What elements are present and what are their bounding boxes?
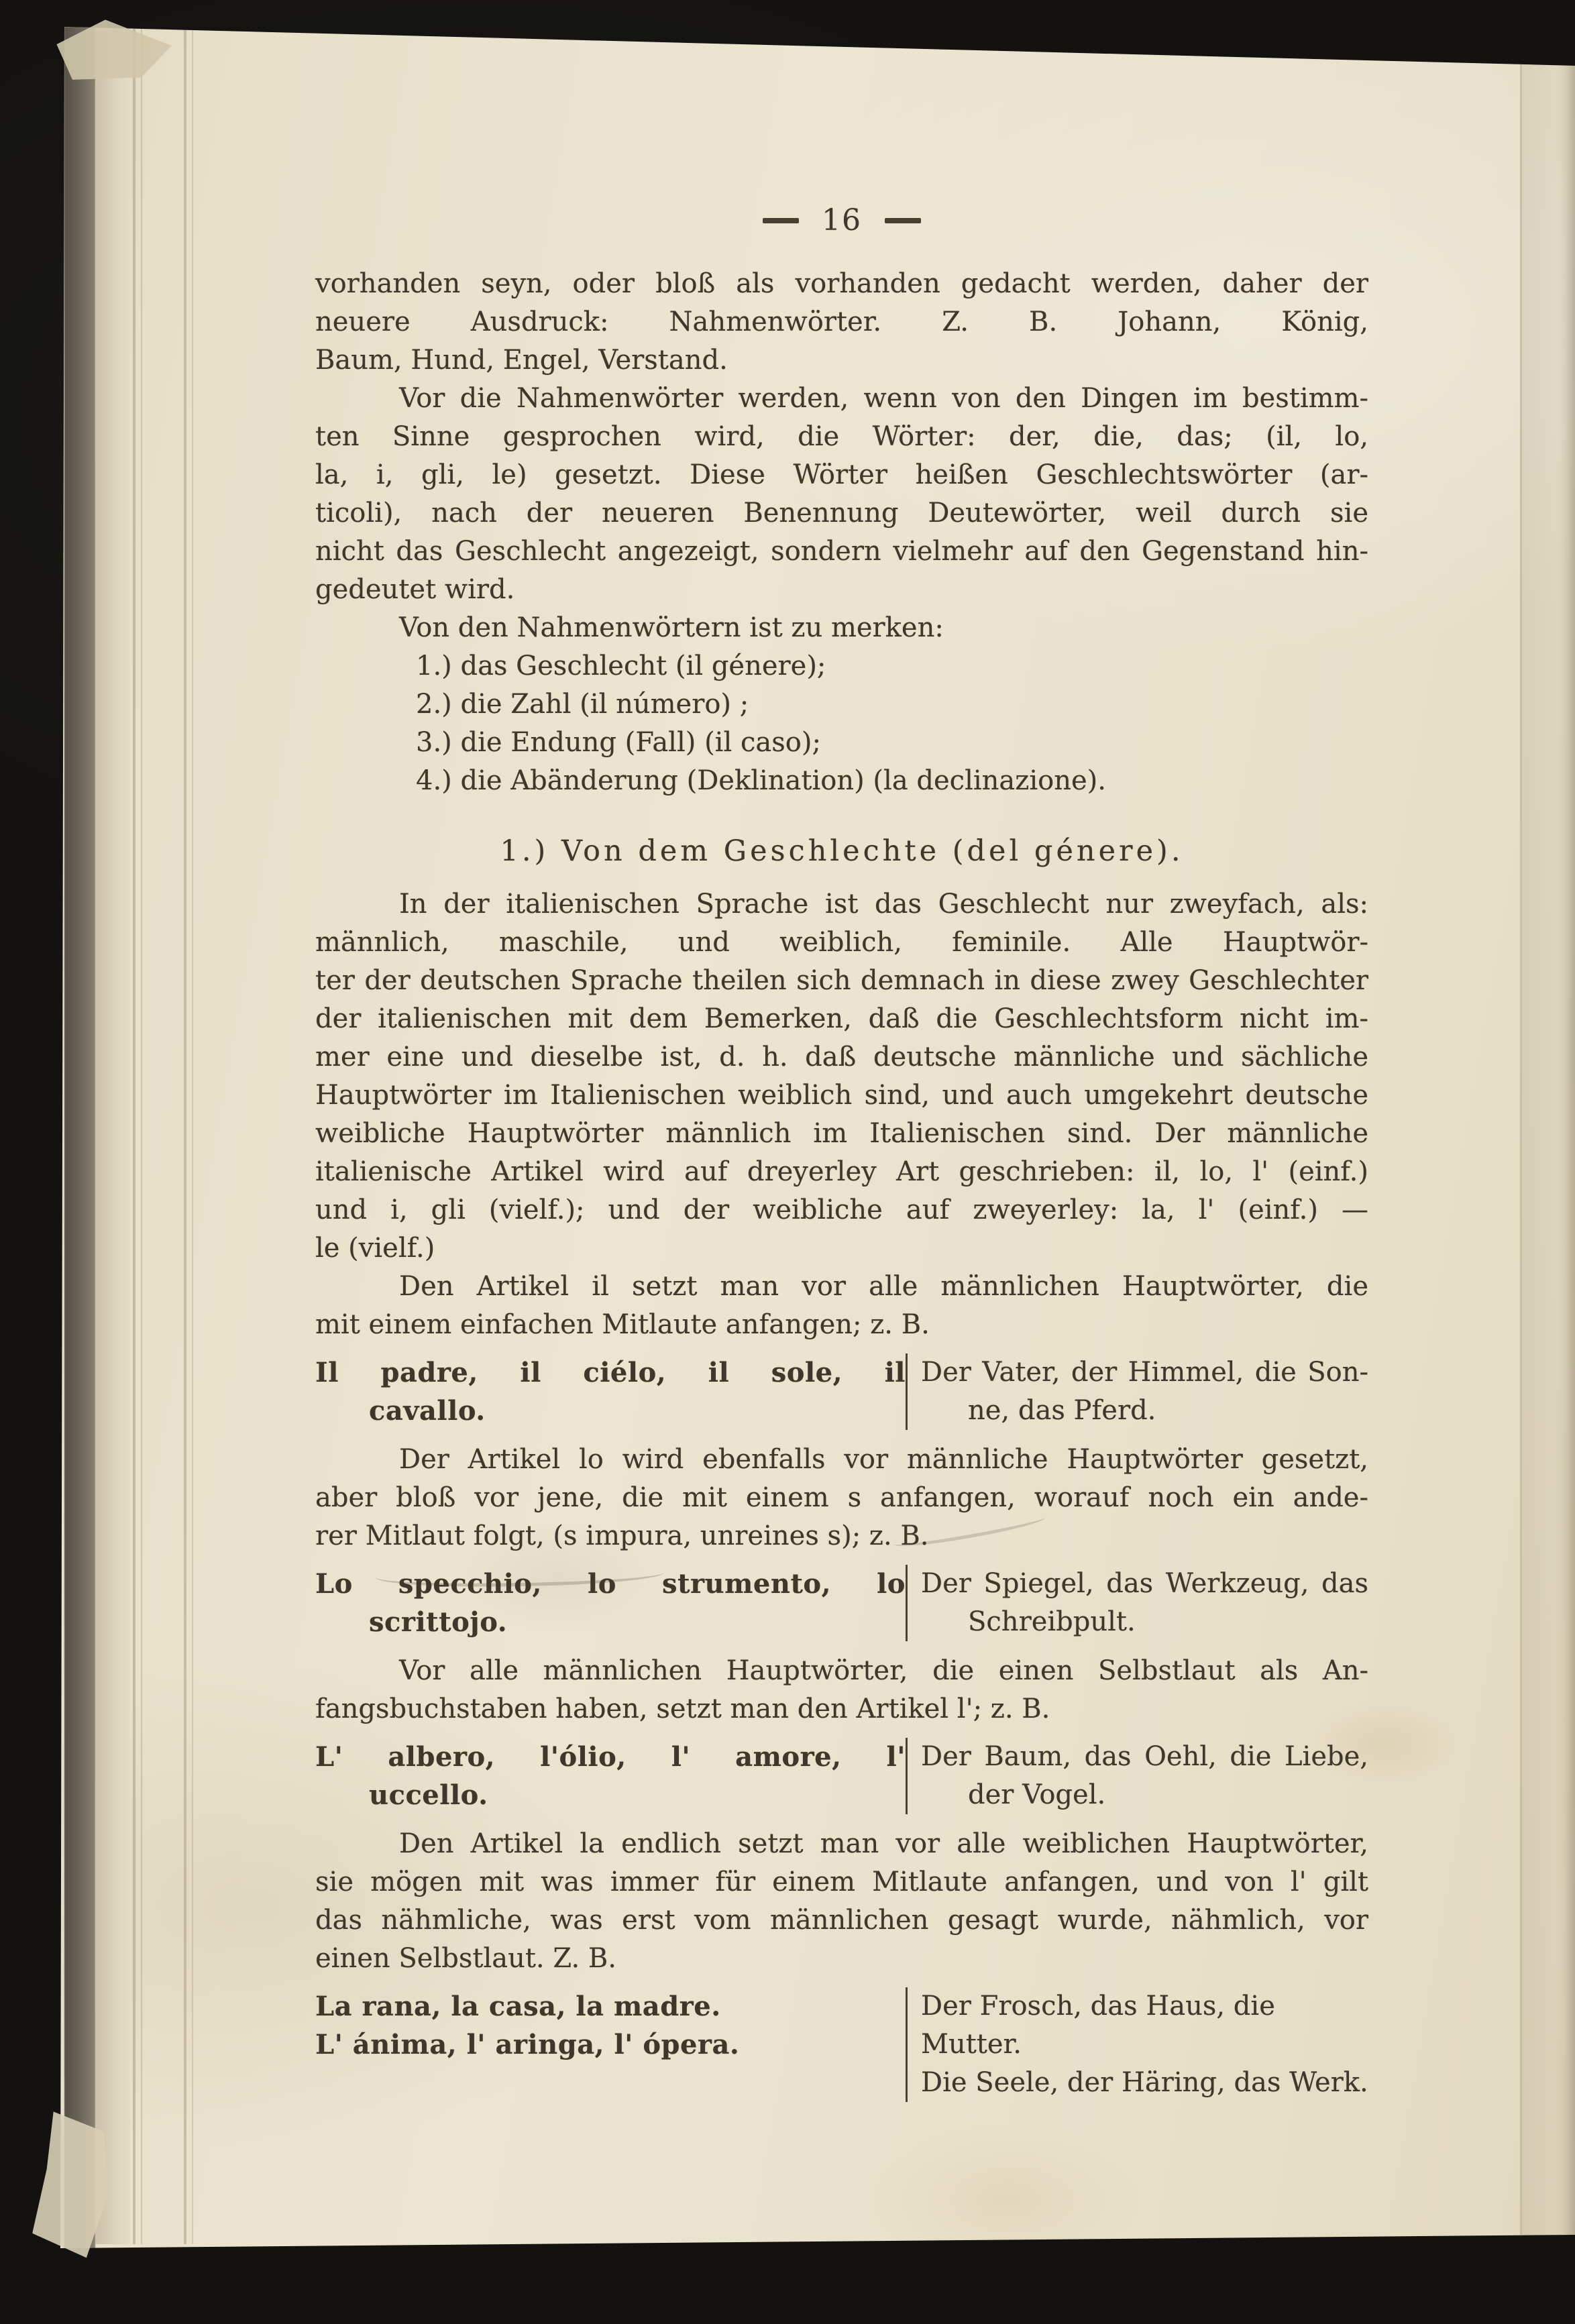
- body-line: Den Artikel il setzt man vor alle männli…: [315, 1268, 1368, 1306]
- body-line: le (vielf.): [315, 1229, 1368, 1268]
- body-line: ticoli), nach der neueren Benennung Deut…: [315, 494, 1368, 533]
- example-german-line: Die Seele, der Häring, das Werk.: [921, 2064, 1368, 2102]
- body-line: mer eine und dieselbe ist, d. h. daß deu…: [315, 1038, 1368, 1076]
- body-line: nicht das Geschlecht angezeigt, sondern …: [315, 533, 1368, 571]
- example-italian-line: Lo specchio, lo strumento, lo: [315, 1565, 906, 1603]
- example-german-line: ne, das Pferd.: [921, 1392, 1368, 1430]
- body-line: la, i, gli, le) gesetzt. Diese Wörter he…: [315, 456, 1368, 494]
- body-line: Baum, Hund, Engel, Verstand.: [315, 341, 1368, 380]
- body-line: weibliche Hauptwörter männlich im Italie…: [315, 1115, 1368, 1153]
- body-line: Hauptwörter im Italienischen weiblich si…: [315, 1076, 1368, 1115]
- body-line: 3.) die Endung (Fall) (il caso);: [315, 724, 1368, 762]
- body-line: männlich, maschile, und weiblich, femini…: [315, 924, 1368, 962]
- body-line: 4.) die Abänderung (Deklination) (la dec…: [315, 762, 1368, 800]
- example-table: L' albero, l'ólio, l' amore, l'uccello.D…: [315, 1738, 1368, 1814]
- body-line: fangsbuchstaben haben, setzt man den Art…: [315, 1690, 1368, 1728]
- example-table: Il padre, il ciélo, il sole, ilcavallo.D…: [315, 1353, 1368, 1430]
- body-line: Den Artikel la endlich setzt man vor all…: [315, 1825, 1368, 1863]
- example-german-line: der Vogel.: [921, 1776, 1368, 1814]
- example-italian-column: La rana, la casa, la madre.L' ánima, l' …: [315, 1987, 906, 2102]
- body-line: In der italienischen Sprache ist das Ges…: [315, 885, 1368, 924]
- body-line: der italienischen mit dem Bemerken, daß …: [315, 1000, 1368, 1038]
- book-binding-edge: [64, 27, 95, 2248]
- example-german-line: Der Vater, der Himmel, die Son-: [921, 1353, 1368, 1392]
- body-line: ten Sinne gesprochen wird, die Wörter: d…: [315, 418, 1368, 456]
- page-number-dash: [885, 218, 921, 223]
- example-italian-column: Il padre, il ciélo, il sole, ilcavallo.: [315, 1353, 906, 1430]
- body-line: sie mögen mit was immer für einem Mitlau…: [315, 1863, 1368, 1901]
- body-line: ter der deutschen Sprache theilen sich d…: [315, 962, 1368, 1000]
- body-line: Von den Nahmenwörtern ist zu merken:: [315, 609, 1368, 647]
- text-flow: 16vorhanden seyn, oder bloß als vorhande…: [315, 201, 1368, 2113]
- page-header: 16: [315, 201, 1368, 241]
- body-line: und i, gli (vielf.); und der weibliche a…: [315, 1191, 1368, 1229]
- example-italian-column: Lo specchio, lo strumento, loscrittojo.: [315, 1565, 906, 1641]
- example-german-column: Der Frosch, das Haus, die Mutter.Die See…: [908, 1987, 1368, 2102]
- section-heading: 1.) Von dem Geschlechte (del génere).: [315, 832, 1368, 871]
- scan-background: 16vorhanden seyn, oder bloß als vorhande…: [0, 0, 1575, 2324]
- page-number: 16: [822, 203, 862, 237]
- example-german-column: Der Baum, das Oehl, die Liebe,der Vogel.: [908, 1738, 1368, 1814]
- body-line: Der Artikel lo wird ebenfalls vor männli…: [315, 1441, 1368, 1479]
- example-table: La rana, la casa, la madre.L' ánima, l' …: [315, 1987, 1368, 2102]
- example-german-line: Der Spiegel, das Werkzeug, das: [921, 1565, 1368, 1603]
- example-german-column: Der Spiegel, das Werkzeug, dasSchreibpul…: [908, 1565, 1368, 1641]
- body-line: neuere Ausdruck: Nahmenwörter. Z. B. Joh…: [315, 303, 1368, 341]
- example-italian-line: L' ánima, l' aringa, l' ópera.: [315, 2026, 906, 2064]
- book-page: 16vorhanden seyn, oder bloß als vorhande…: [0, 0, 1575, 2324]
- page-fold-shading: [1522, 64, 1575, 2236]
- example-italian-line: uccello.: [315, 1776, 906, 1814]
- example-table: Lo specchio, lo strumento, loscrittojo.D…: [315, 1565, 1368, 1641]
- body-line: 2.) die Zahl (il número) ;: [315, 685, 1368, 724]
- body-line: Vor die Nahmenwörter werden, wenn von de…: [315, 380, 1368, 418]
- body-line: gedeutet wird.: [315, 571, 1368, 609]
- body-line: italienische Artikel wird auf dreyerley …: [315, 1153, 1368, 1191]
- crease-line: [133, 27, 135, 2244]
- example-italian-line: Il padre, il ciélo, il sole, il: [315, 1353, 906, 1392]
- page-stack-edge: [95, 31, 130, 2244]
- example-italian-line: L' albero, l'ólio, l' amore, l': [315, 1738, 906, 1776]
- body-line: Vor alle männlichen Hauptwörter, die ein…: [315, 1652, 1368, 1690]
- example-german-line: Der Frosch, das Haus, die Mutter.: [921, 1987, 1368, 2064]
- page-number-dash: [763, 218, 799, 223]
- example-german-line: Schreibpult.: [921, 1603, 1368, 1641]
- example-italian-column: L' albero, l'ólio, l' amore, l'uccello.: [315, 1738, 906, 1814]
- body-line: einen Selbstlaut. Z. B.: [315, 1940, 1368, 1978]
- crease-line: [141, 27, 142, 2244]
- body-line: aber bloß vor jene, die mit einem s anfa…: [315, 1479, 1368, 1517]
- example-italian-line: scrittojo.: [315, 1603, 906, 1641]
- example-german-line: Der Baum, das Oehl, die Liebe,: [921, 1738, 1368, 1776]
- body-line: mit einem einfachen Mitlaute anfangen; z…: [315, 1306, 1368, 1344]
- body-line: 1.) das Geschlecht (il génere);: [315, 647, 1368, 685]
- example-italian-line: cavallo.: [315, 1392, 906, 1430]
- crease-line: [184, 27, 186, 2244]
- body-line: das nähmliche, was erst vom männlichen g…: [315, 1901, 1368, 1940]
- example-german-column: Der Vater, der Himmel, die Son-ne, das P…: [908, 1353, 1368, 1430]
- crease-line: [192, 27, 193, 2244]
- body-line: vorhanden seyn, oder bloß als vorhanden …: [315, 265, 1368, 303]
- body-line: rer Mitlaut folgt, (s impura, unreines s…: [315, 1517, 1368, 1555]
- example-italian-line: La rana, la casa, la madre.: [315, 1987, 906, 2026]
